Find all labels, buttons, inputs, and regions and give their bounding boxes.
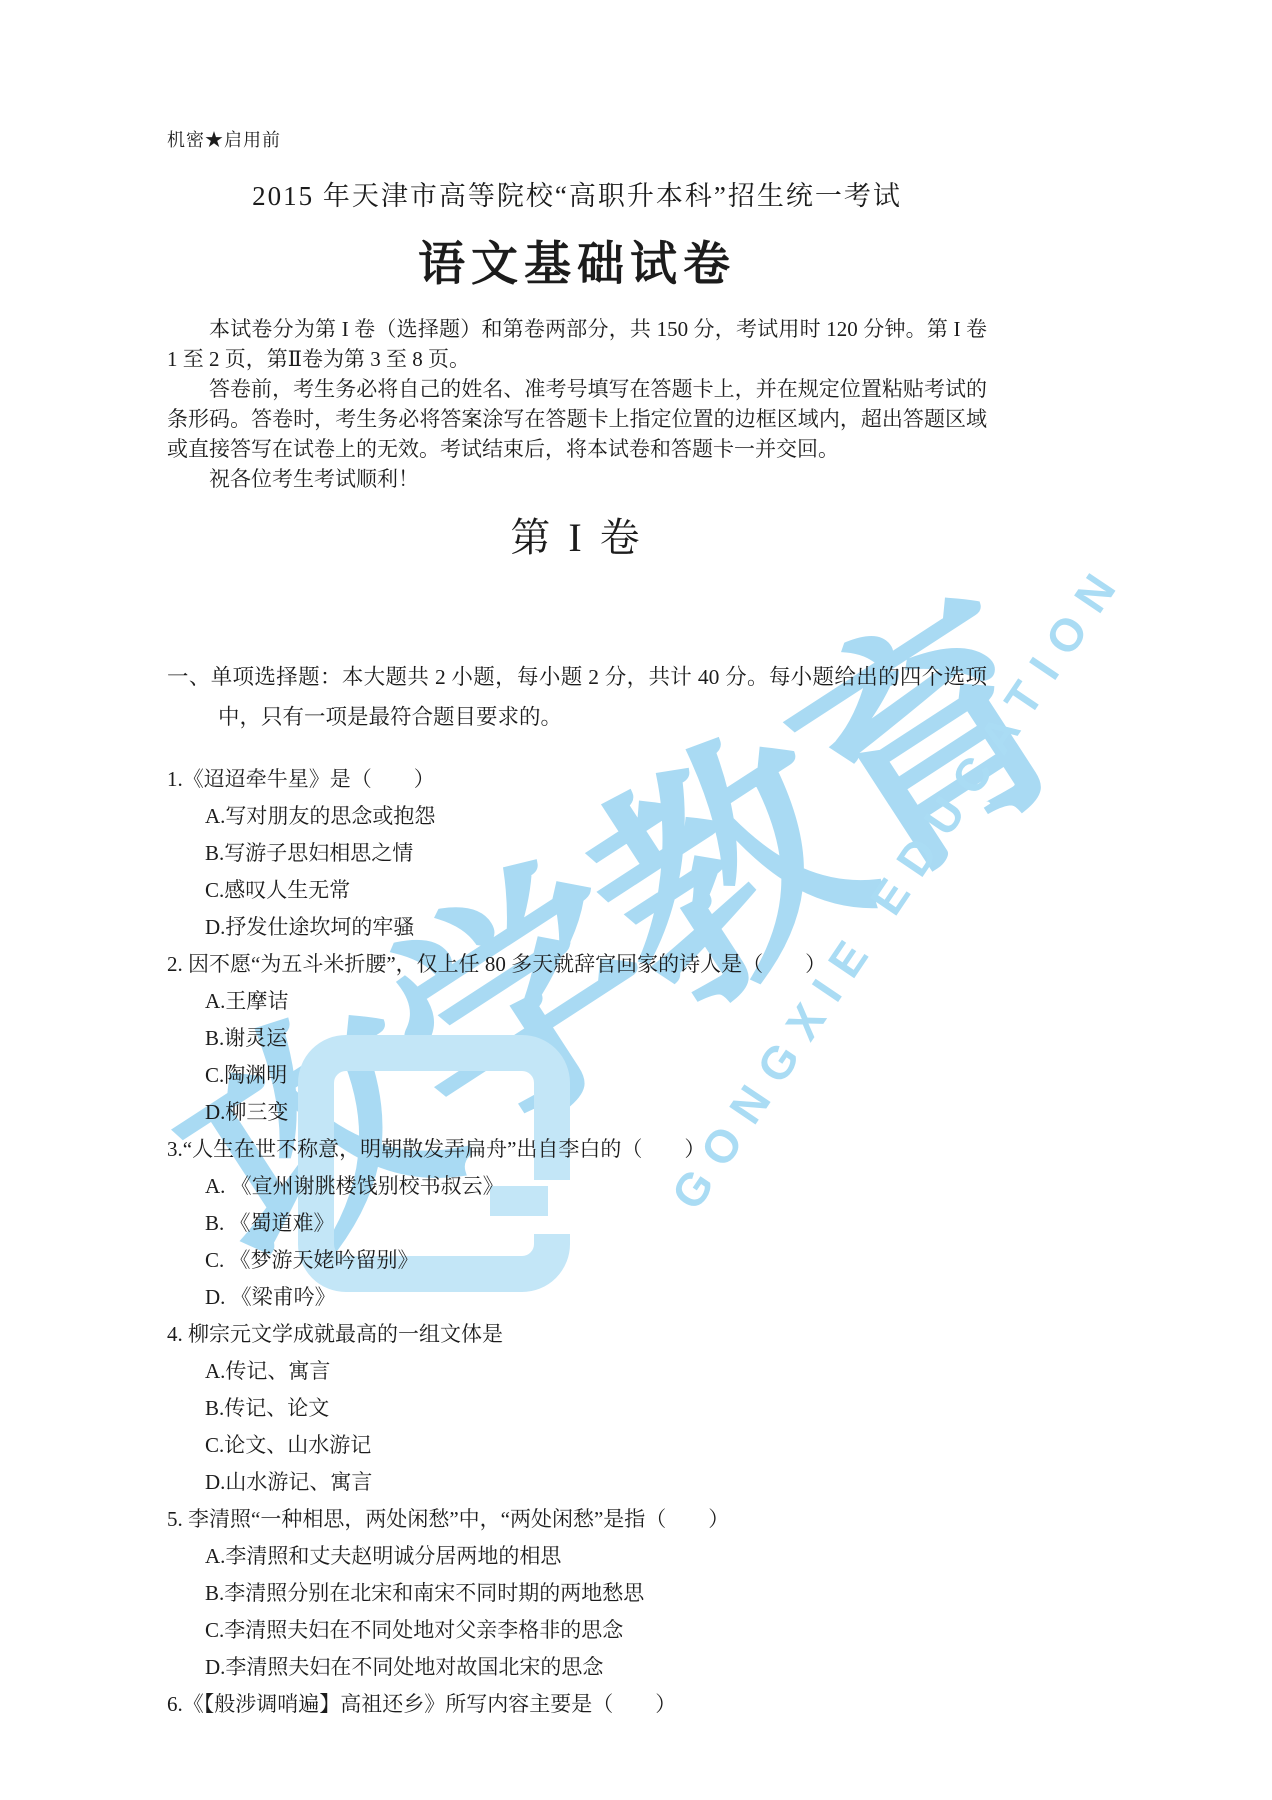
instructions-block: 本试卷分为第 I 卷（选择题）和第卷两部分，共 150 分，考试用时 120 分… <box>167 314 987 494</box>
instructions-paragraph-1: 本试卷分为第 I 卷（选择题）和第卷两部分，共 150 分，考试用时 120 分… <box>167 314 987 374</box>
document-content: 机密★启用前 2015 年天津市高等院校“高职升本科”招生统一考试 语文基础试卷… <box>167 126 987 1723</box>
question-5-stem: 5. 李清照“一种相思，两处闲愁”中，“两处闲愁”是指（ ） <box>167 1501 987 1538</box>
question-2-option-C: C.陶渊明 <box>167 1057 987 1094</box>
exam-paper-page: 攻学教育 GONGXIE EDUCATION 机密★启用前 2015 年天津市高… <box>0 0 1272 1800</box>
question-4-option-D: D.山水游记、寓言 <box>167 1464 987 1501</box>
question-6-stem: 6.《【般涉调哨遍】高祖还乡》所写内容主要是（ ） <box>167 1686 987 1723</box>
question-2-stem: 2. 因不愿“为五斗米折腰”，仅上任 80 多天就辞官回家的诗人是（ ） <box>167 946 987 983</box>
question-2-option-A: A.王摩诘 <box>167 983 987 1020</box>
question-4-stem: 4. 柳宗元文学成就最高的一组文体是 <box>167 1316 987 1353</box>
question-3-option-B: B. 《蜀道难》 <box>167 1205 987 1242</box>
question-1-option-C: C.感叹人生无常 <box>167 872 987 909</box>
question-2-option-B: B.谢灵运 <box>167 1020 987 1057</box>
question-4-option-B: B.传记、论文 <box>167 1390 987 1427</box>
part-1-heading: 第 I 卷 <box>167 506 987 563</box>
question-5-option-A: A.李清照和丈夫赵明诚分居两地的相思 <box>167 1538 987 1575</box>
question-3: 3.“人生在世不称意，明朝散发弄扁舟”出自李白的（ ）A. 《宣州谢朓楼饯别校书… <box>167 1131 987 1316</box>
question-3-option-C: C. 《梦游天姥吟留别》 <box>167 1242 987 1279</box>
question-3-option-A: A. 《宣州谢朓楼饯别校书叔云》 <box>167 1168 987 1205</box>
question-3-stem: 3.“人生在世不称意，明朝散发弄扁舟”出自李白的（ ） <box>167 1131 987 1168</box>
question-1-option-B: B.写游子思妇相思之情 <box>167 835 987 872</box>
question-3-option-D: D. 《梁甫吟》 <box>167 1279 987 1316</box>
question-4-option-A: A.传记、寓言 <box>167 1353 987 1390</box>
classification-label: 机密★启用前 <box>167 126 987 152</box>
question-1-option-A: A.写对朋友的思念或抱怨 <box>167 798 987 835</box>
question-5: 5. 李清照“一种相思，两处闲愁”中，“两处闲愁”是指（ ）A.李清照和丈夫赵明… <box>167 1501 987 1686</box>
question-2-option-D: D.柳三变 <box>167 1094 987 1131</box>
question-6: 6.《【般涉调哨遍】高祖还乡》所写内容主要是（ ） <box>167 1686 987 1723</box>
paper-title: 语文基础试卷 <box>167 227 987 294</box>
question-5-option-C: C.李清照夫妇在不同处地对父亲李格非的思念 <box>167 1612 987 1649</box>
good-luck-line: 祝各位考生考试顺利！ <box>167 464 987 494</box>
question-5-option-B: B.李清照分别在北宋和南宋不同时期的两地愁思 <box>167 1575 987 1612</box>
question-1-stem: 1.《迢迢牵牛星》是（ ） <box>167 761 987 798</box>
question-list: 1.《迢迢牵牛星》是（ ）A.写对朋友的思念或抱怨B.写游子思妇相思之情C.感叹… <box>167 761 987 1723</box>
question-2: 2. 因不愿“为五斗米折腰”，仅上任 80 多天就辞官回家的诗人是（ ）A.王摩… <box>167 946 987 1131</box>
instructions-paragraph-2: 答卷前，考生务必将自己的姓名、准考号填写在答题卡上，并在规定位置粘贴考试的条形码… <box>167 374 987 464</box>
question-1-option-D: D.抒发仕途坎坷的牢骚 <box>167 909 987 946</box>
question-1: 1.《迢迢牵牛星》是（ ）A.写对朋友的思念或抱怨B.写游子思妇相思之情C.感叹… <box>167 761 987 946</box>
section-1-intro: 一、单项选择题：本大题共 2 小题，每小题 2 分，共计 40 分。每小题给出的… <box>167 657 987 737</box>
question-4: 4. 柳宗元文学成就最高的一组文体是A.传记、寓言B.传记、论文C.论文、山水游… <box>167 1316 987 1501</box>
exam-session-title: 2015 年天津市高等院校“高职升本科”招生统一考试 <box>167 174 987 213</box>
question-5-option-D: D.李清照夫妇在不同处地对故国北宋的思念 <box>167 1649 987 1686</box>
question-4-option-C: C.论文、山水游记 <box>167 1427 987 1464</box>
